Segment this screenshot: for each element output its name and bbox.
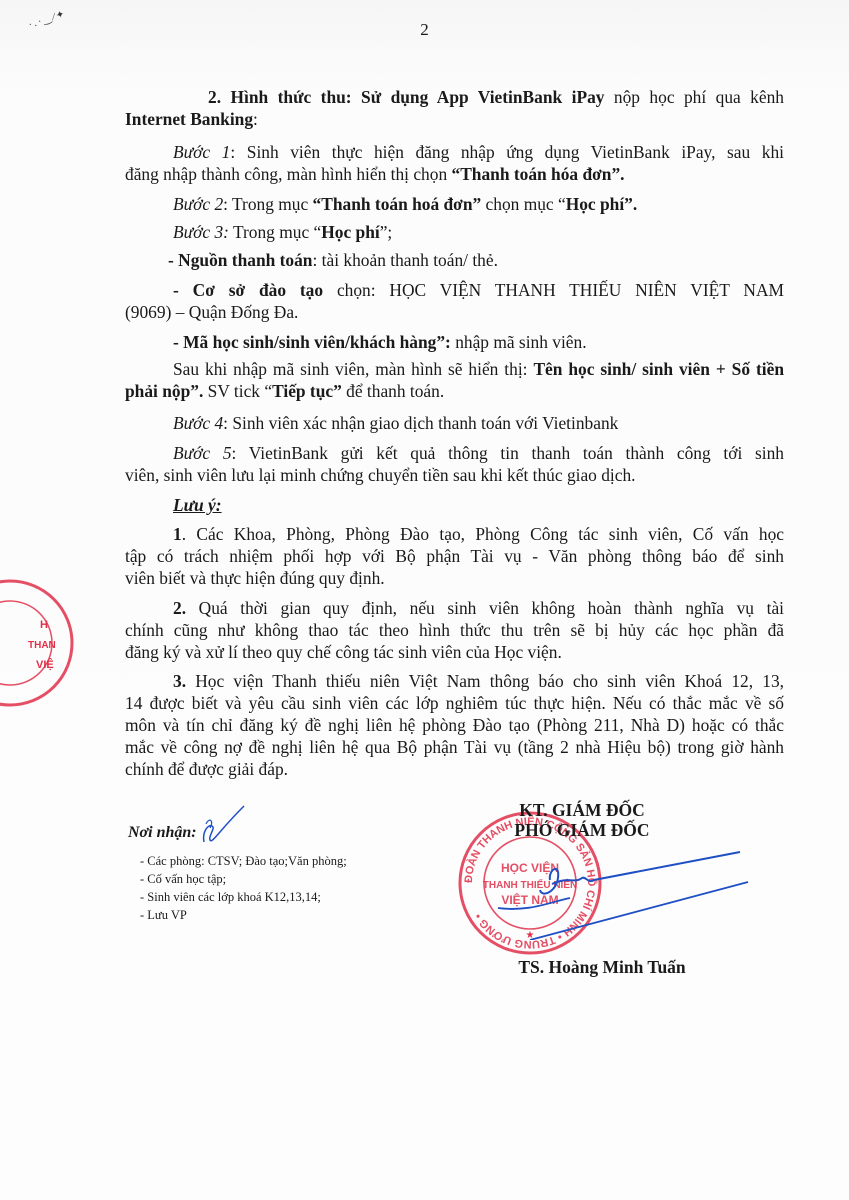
field-value: chọn: HỌC VIỆN THANH THIẾU NIÊN VIỆT NAM (323, 280, 784, 300)
recipient-item: - Lưu VP (140, 906, 347, 924)
step-2-bold-1: “Thanh toán hoá đơn” (313, 194, 482, 214)
recipients-heading-text: Nơi nhận: (128, 824, 197, 841)
signature-title-2: PHÓ GIÁM ĐỐC (462, 820, 702, 841)
step-3-text-2: ”; (380, 222, 393, 242)
note-line: tập có trách nhiệm phối hợp với Bộ phận … (125, 545, 784, 567)
note-number: 1 (173, 524, 182, 544)
step-2-text-2: chọn mục “ (481, 194, 566, 214)
note-line: . Các Khoa, Phòng, Phòng Đào tạo, Phòng … (182, 524, 784, 544)
note-line: đăng ký và xử lí theo quy chế công tác s… (125, 641, 784, 663)
notes-heading-text: Lưu ý: (173, 495, 222, 515)
svg-text:VIỆ: VIỆ (36, 658, 54, 671)
step-2-label: Bước 2 (173, 194, 223, 214)
channel-colon: : (253, 109, 258, 129)
channel-name: Internet Banking (125, 109, 253, 129)
step-1-bold: “Thanh toán hóa đơn”. (452, 164, 625, 184)
field-label: - Nguồn thanh toán (168, 250, 312, 270)
field-payment-source: - Nguồn thanh toán: tài khoản thanh toán… (168, 249, 784, 271)
note-1: 1. Các Khoa, Phòng, Phòng Đào tạo, Phòng… (125, 523, 784, 589)
field-value: nhập mã sinh viên. (451, 332, 587, 352)
note-number: 2. (173, 598, 186, 618)
field-student-id: - Mã học sinh/sinh viên/khách hàng”: nhậ… (173, 331, 789, 353)
document-page: ·.·‿⁄✦ 2 2. Hình thức thu: Sử dụng App V… (0, 0, 849, 1200)
page-number: 2 (0, 20, 849, 40)
note-line: chính để được giải đáp. (125, 758, 784, 780)
section-title-rest: nộp học phí qua kênh (604, 87, 784, 107)
note-line: Quá thời gian quy định, nếu sinh viên kh… (186, 598, 784, 618)
note-line: Học viện Thanh thiếu niên Việt Nam thông… (186, 671, 784, 691)
signature-title-1: KT. GIÁM ĐỐC (462, 800, 702, 821)
step-2-bold-2: Học phí”. (566, 194, 638, 214)
bold-text: Tên học sinh/ sinh viên + Số tiền (533, 359, 784, 379)
text: Sau khi nhập mã sinh viên, màn hình sẽ h… (173, 359, 533, 379)
section-title: Hình thức thu: Sử dụng App VietinBank iP… (230, 87, 604, 107)
text-2: SV tick “ (203, 381, 272, 401)
step-1-text: : Sinh viên thực hiện đăng nhập ứng dụng… (230, 142, 784, 162)
handwritten-signature-icon (490, 840, 750, 940)
step-4-label: Bước 4 (173, 413, 223, 433)
note-line: chính cũng như không thao tác theo hình … (125, 619, 784, 641)
svg-text:H: H (40, 619, 48, 631)
section-number: 2. (208, 87, 221, 107)
signer-name: TS. Hoàng Minh Tuấn (462, 957, 742, 978)
bold-text-2: phải nộp”. (125, 381, 203, 401)
step-1: Bước 1: Sinh viên thực hiện đăng nhập ứn… (125, 141, 784, 185)
bold-text-3: Tiếp tục” (272, 381, 342, 401)
step-1-label: Bước 1 (173, 142, 230, 162)
notes-heading: Lưu ý: (173, 494, 789, 516)
note-line: viên biết và thực hiện đúng quy định. (125, 567, 784, 589)
recipients-heading: Nơi nhận: (128, 824, 197, 842)
recipient-item: - Cố vấn học tập; (140, 870, 347, 888)
note-number: 3. (173, 671, 186, 691)
partial-stamp-icon: H THAN VIỆ (0, 568, 100, 718)
step-5-text-2: viên, sinh viên lưu lại minh chứng chuyể… (125, 464, 784, 486)
text-3: để thanh toán. (342, 381, 444, 401)
note-line: mắc về công nợ đề nghị liên hệ qua Bộ ph… (125, 736, 784, 758)
step-5-text: : VietinBank gửi kết quả thông tin thanh… (232, 443, 784, 463)
recipients-list: - Các phòng: CTSV; Đào tạo;Văn phòng; - … (140, 852, 347, 924)
step-3: Bước 3: Trong mục “Học phí”; (173, 221, 789, 243)
step-1-text-2: đăng nhập thành công, màn hình hiển thị … (125, 164, 452, 184)
note-2: 2. Quá thời gian quy định, nếu sinh viên… (125, 597, 784, 663)
step-3-label: Bước 3: (173, 222, 229, 242)
initials-mark-icon (200, 802, 250, 848)
svg-text:THAN: THAN (28, 640, 56, 651)
recipient-item: - Các phòng: CTSV; Đào tạo;Văn phòng; (140, 852, 347, 870)
step-5-label: Bước 5 (173, 443, 232, 463)
field-value-2: (9069) – Quận Đống Đa. (125, 301, 784, 323)
after-entry-paragraph: Sau khi nhập mã sinh viên, màn hình sẽ h… (125, 358, 784, 402)
step-2: Bước 2: Trong mục “Thanh toán hoá đơn” c… (173, 193, 789, 215)
section-heading: 2. Hình thức thu: Sử dụng App VietinBank… (168, 86, 784, 130)
field-training-institution: - Cơ sở đào tạo chọn: HỌC VIỆN THANH THI… (125, 279, 784, 323)
note-3: 3. Học viện Thanh thiếu niên Việt Nam th… (125, 670, 784, 780)
recipient-item: - Sinh viên các lớp khoá K12,13,14; (140, 888, 347, 906)
step-2-text: : Trong mục (223, 194, 312, 214)
step-4-text: : Sinh viên xác nhận giao dịch thanh toá… (223, 413, 618, 433)
field-label: - Mã học sinh/sinh viên/khách hàng”: (173, 332, 451, 352)
step-3-text: Trong mục “ (229, 222, 321, 242)
note-line: 14 được biết và yêu cầu sinh viên các lớ… (125, 692, 784, 714)
step-3-bold: Học phí (321, 222, 379, 242)
field-label: - Cơ sở đào tạo (173, 280, 323, 300)
step-5: Bước 5: VietinBank gửi kết quả thông tin… (125, 442, 784, 486)
step-4: Bước 4: Sinh viên xác nhận giao dịch tha… (173, 412, 789, 434)
field-value: : tài khoản thanh toán/ thẻ. (312, 250, 497, 270)
note-line: môn và tín chỉ đăng ký đề nghị liên hệ p… (125, 714, 784, 736)
